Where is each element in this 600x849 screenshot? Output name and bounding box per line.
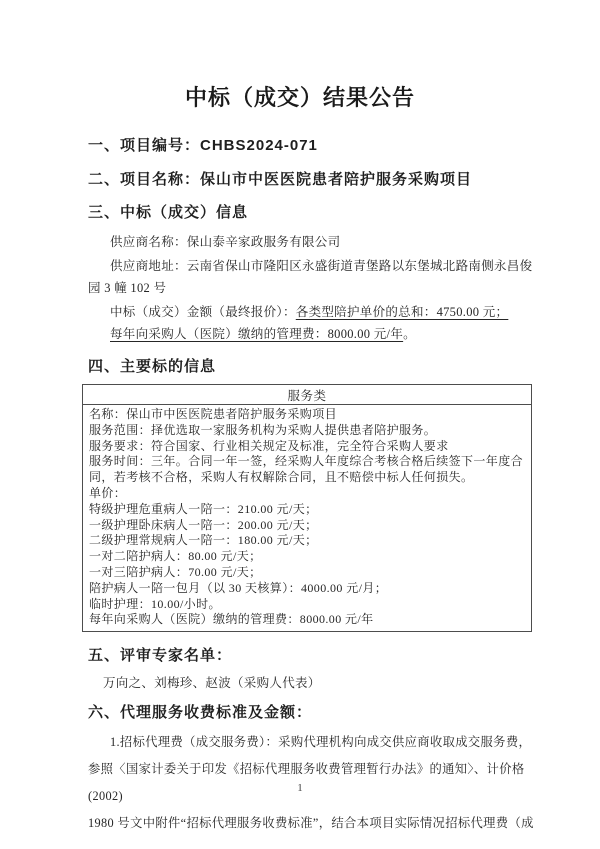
table-row: 服务范围：择优选取一家服务机构为采购人提供患者陪护服务。 xyxy=(89,423,525,439)
doc-title: 中标（成交）结果公告 xyxy=(0,84,600,112)
document-page: 中标（成交）结果公告 一、项目编号：CHBS2024-071 二、项目名称：保山… xyxy=(0,0,600,849)
document-content: 一、项目编号：CHBS2024-071 二、项目名称：保山市中医医院患者陪护服务… xyxy=(88,137,536,837)
table-row: 服务时间：三年。合同一年一签，经采购人年度综合考核合格后续签下一年度合同，若考核… xyxy=(89,454,525,486)
section-heading-experts: 五、评审专家名单： xyxy=(88,647,536,664)
section-heading-agency-fee: 六、代理服务收费标准及金额： xyxy=(88,704,536,721)
table-row: 名称：保山市中医医院患者陪护服务采购项目 xyxy=(89,407,525,423)
table-row: 服务要求：符合国家、行业相关规定及标准，完全符合采购人要求 xyxy=(89,439,525,455)
subject-info-table: 服务类 名称：保山市中医医院患者陪护服务采购项目服务范围：择优选取一家服务机构为… xyxy=(82,384,532,632)
table-row: 每年向采购人（医院）缴纳的管理费：8000.00 元/年 xyxy=(89,612,525,628)
table-row: 临时护理：10.00/小时。 xyxy=(89,597,525,613)
section-heading-award-info: 三、中标（成交）信息 xyxy=(88,204,536,221)
table-row: 一对三陪护病人：70.00 元/天； xyxy=(89,565,525,581)
experts-line: 万向之、刘梅珍、赵波（采购人代表） xyxy=(88,675,536,691)
section-heading-project-name: 二、项目名称：保山市中医医院患者陪护服务采购项目 xyxy=(88,171,536,188)
table-row: 陪护病人一陪一包月（以 30 天核算）：4000.00 元/月； xyxy=(89,581,525,597)
management-fee-value: 每年向采购人（医院）缴纳的管理费：8000.00 元/年 xyxy=(110,327,403,341)
agency-fee-line-1: 1.招标代理费（成交服务费）：采购代理机构向成交供应商收取成交服务费， xyxy=(88,729,536,756)
management-fee-line: 每年向采购人（医院）缴纳的管理费：8000.00 元/年。 xyxy=(88,323,536,345)
agency-fee-line-3: 1980 号文中附件“招标代理服务收费标准”，结合本项目实际情况招标代理费（成 xyxy=(88,810,536,837)
table-row: 单价： xyxy=(89,486,525,502)
award-amount-line: 中标（成交）金额（最终报价）：各类型陪护单价的总和：4750.00 元； xyxy=(88,301,536,323)
page-number: 1 xyxy=(0,782,600,794)
table-header-row: 服务类 xyxy=(83,385,532,405)
table-row: 特级护理危重病人一陪一：210.00 元/天； xyxy=(89,502,525,518)
table-body-row: 名称：保山市中医医院患者陪护服务采购项目服务范围：择优选取一家服务机构为采购人提… xyxy=(83,405,532,632)
award-amount-label: 中标（成交）金额（最终报价）： xyxy=(110,305,296,319)
table-row: 一对二陪护病人：80.00 元/天； xyxy=(89,549,525,565)
section-heading-project-number: 一、项目编号：CHBS2024-071 xyxy=(88,137,536,154)
table-row: 二级护理常规病人一陪一：180.00 元/天； xyxy=(89,533,525,549)
table-row-list: 名称：保山市中医医院患者陪护服务采购项目服务范围：择优选取一家服务机构为采购人提… xyxy=(89,407,525,628)
award-amount-value: 各类型陪护单价的总和：4750.00 元； xyxy=(296,305,509,319)
table-header-cell-service-class: 服务类 xyxy=(83,385,532,405)
section-heading-subject-info: 四、主要标的信息 xyxy=(88,358,536,375)
table-row: 一级护理卧床病人一陪一：200.00 元/天； xyxy=(89,518,525,534)
management-fee-period: 。 xyxy=(403,327,416,341)
table-body-cell: 名称：保山市中医医院患者陪护服务采购项目服务范围：择优选取一家服务机构为采购人提… xyxy=(83,405,532,632)
supplier-name-line: 供应商名称：保山泰辛家政服务有限公司 xyxy=(88,231,536,253)
supplier-address-line: 供应商地址：云南省保山市隆阳区永盛街道青堡路以东堡城北路南侧永昌俊园 3 幢 1… xyxy=(88,255,536,299)
